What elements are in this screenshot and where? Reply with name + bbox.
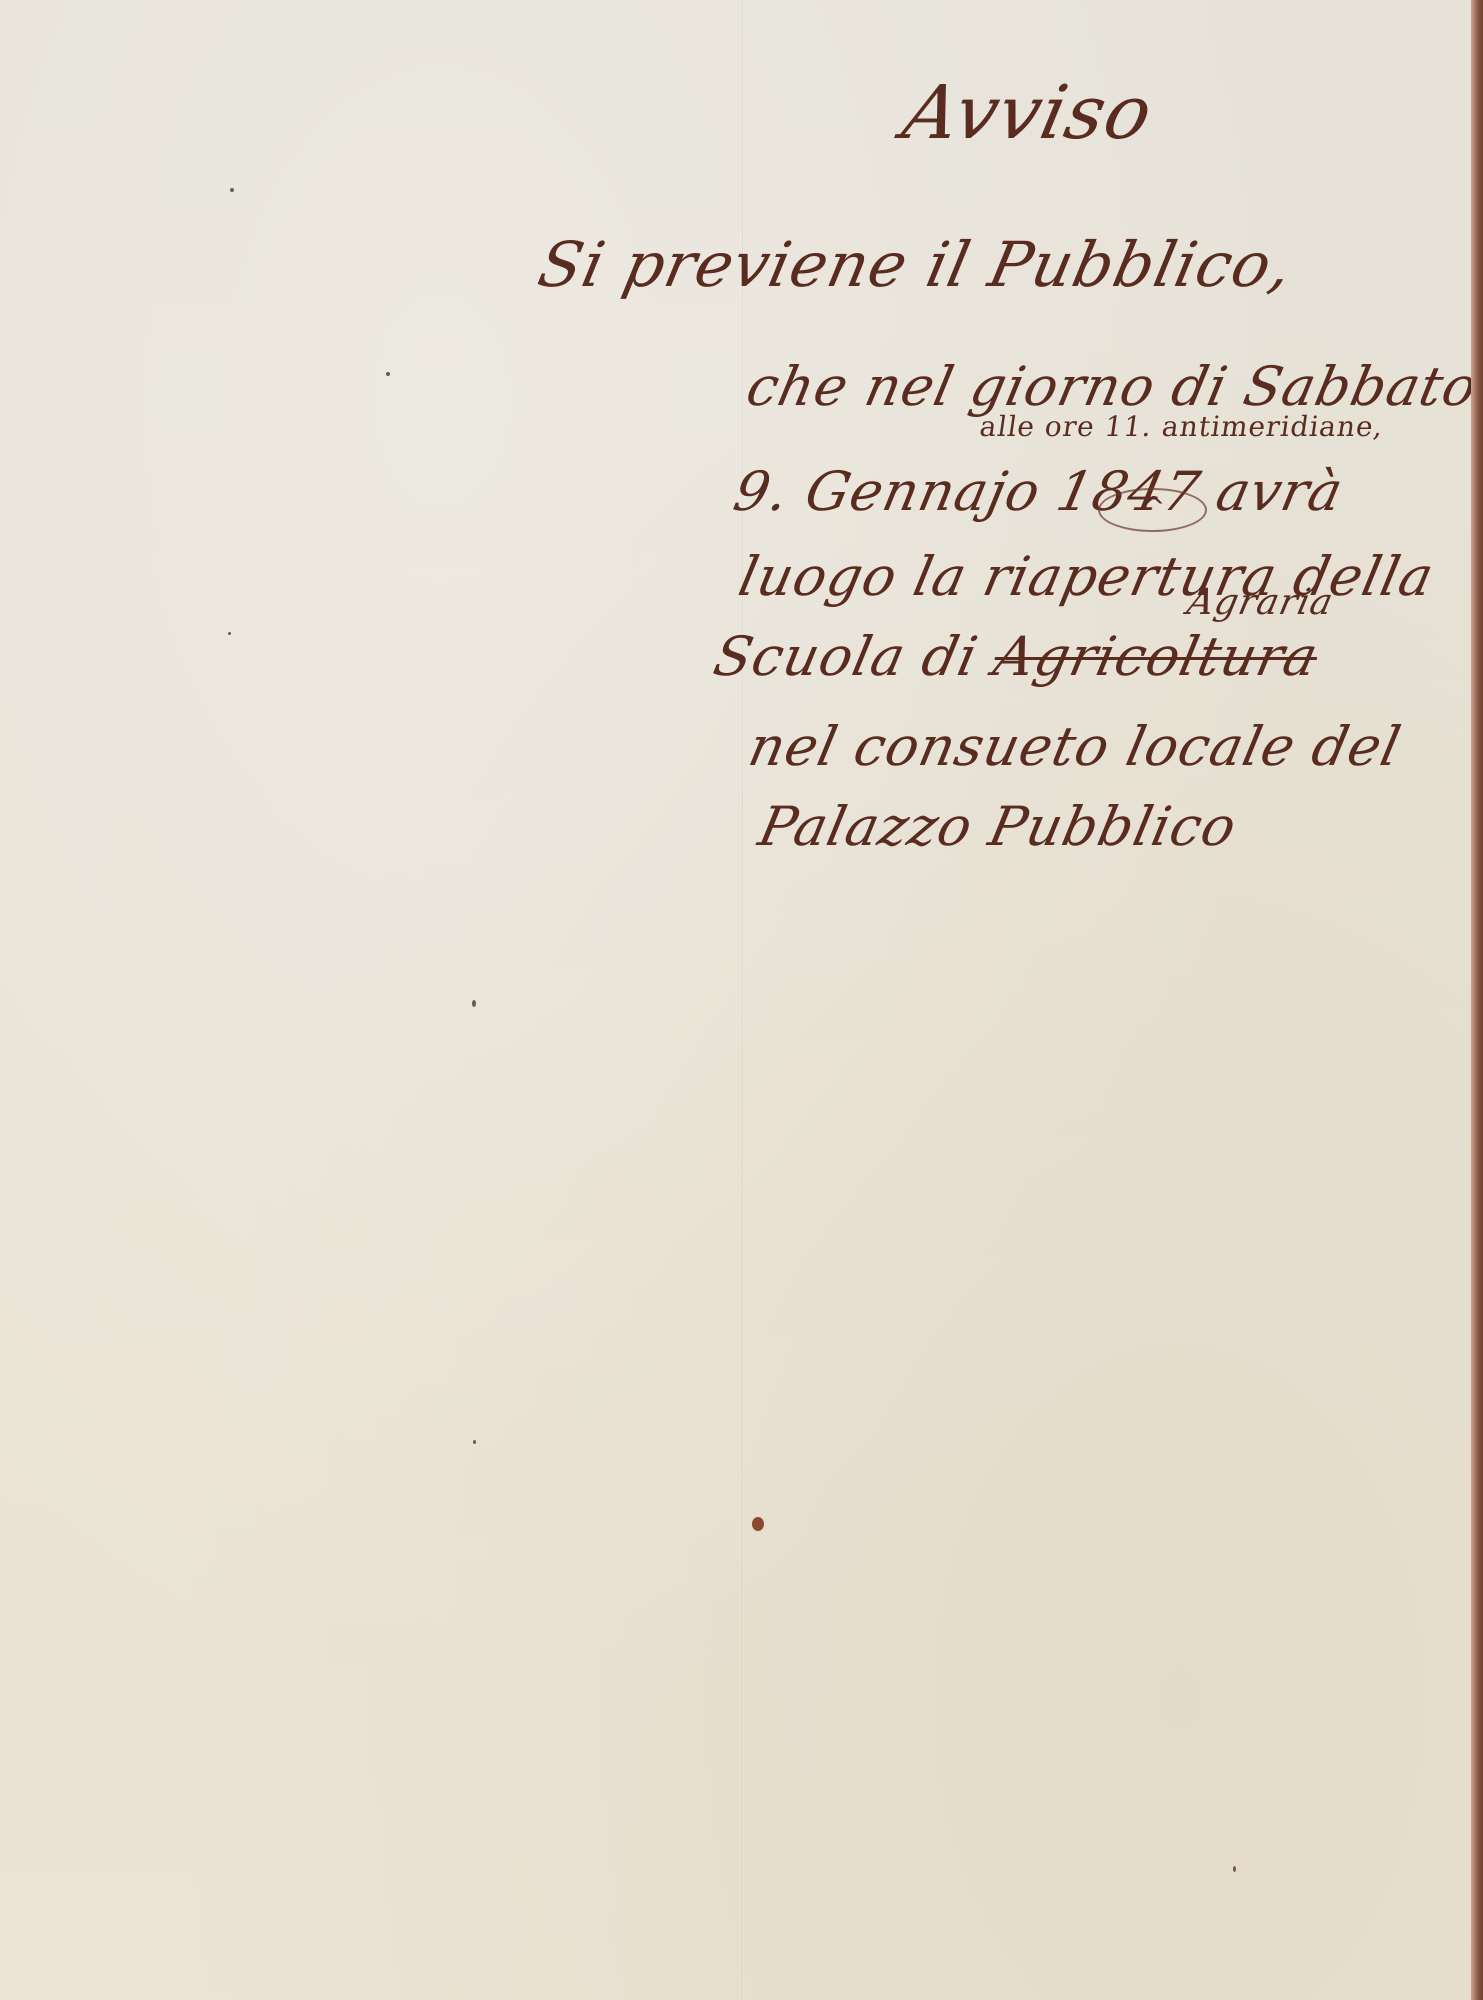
ink-speck — [230, 188, 234, 192]
text-line-6: nel consueto locale del — [743, 715, 1406, 778]
text-line-5: Scuola di Agricoltura — [708, 625, 1324, 688]
ink-speck — [386, 372, 390, 376]
text-line-1: Si previene il Pubblico, — [532, 228, 1299, 301]
text-line-7: Palazzo Pubblico — [753, 795, 1242, 858]
interlinear-insertion: alle ore 11. antimeridiane, — [978, 410, 1386, 443]
ink-speck — [228, 632, 231, 635]
frame-edge — [1471, 0, 1483, 2000]
ink-stain — [752, 1517, 764, 1531]
notice-title: Avviso — [896, 70, 1161, 156]
ink-speck — [1233, 1866, 1236, 1872]
replacement-word: Agraria — [1184, 582, 1338, 623]
text-line-5-start: Scuola di — [708, 625, 983, 688]
ink-speck — [472, 1000, 476, 1007]
struck-word: Agricoltura — [988, 625, 1324, 688]
text-line-2: che nel giorno di Sabbato — [741, 355, 1483, 418]
text-line-3: 9. Gennajo 1847 avrà — [728, 460, 1349, 523]
paper-sheet: Avviso Si previene il Pubblico, che nel … — [0, 0, 1473, 2000]
insertion-caret-icon: ^ — [1142, 490, 1165, 523]
ink-speck — [473, 1440, 476, 1444]
